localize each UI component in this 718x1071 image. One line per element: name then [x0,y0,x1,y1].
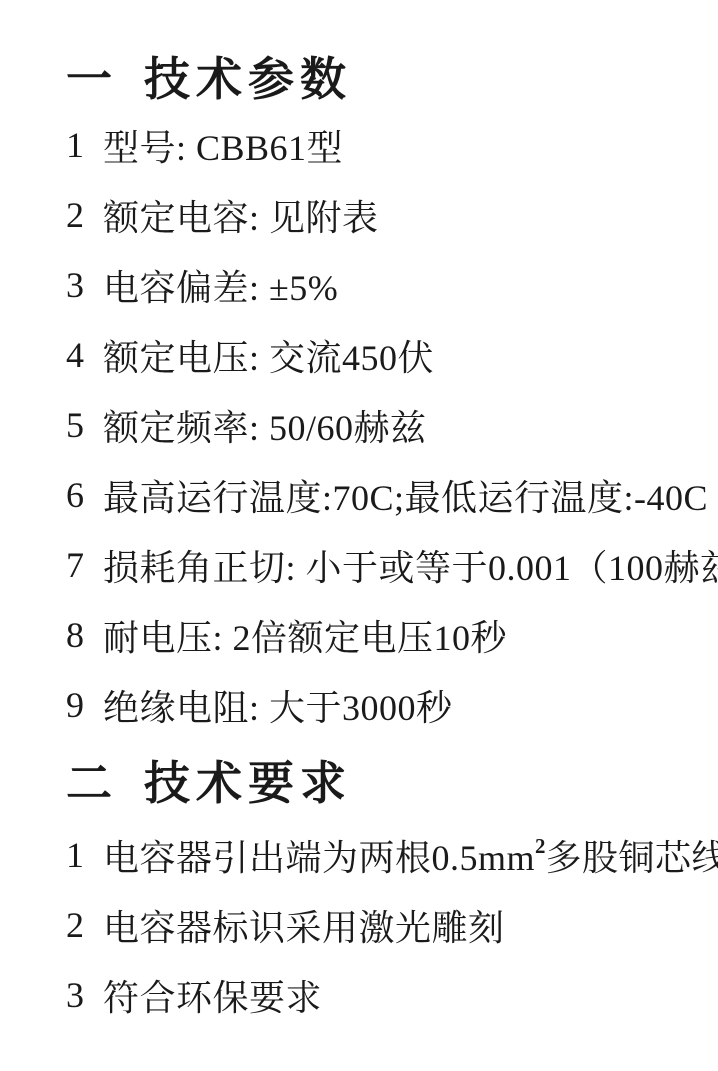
section-technical-parameters: 一 技术参数 1 型号: CBB61型 2 额定电容: 见附表 3 电容偏差: … [66,42,708,740]
section-2-title: 技术要求 [144,747,352,813]
item-number: 8 [66,614,86,656]
section-technical-requirements: 二 技术要求 1 电容器引出端为两根0.5mm2多股铜芯线 2 电容器标识采用激… [66,740,708,1030]
spec-item-capacitance-tolerance: 3 电容偏差: ±5% [66,250,708,320]
document-page: 一 技术参数 1 型号: CBB61型 2 额定电容: 见附表 3 电容偏差: … [0,0,718,1071]
item-text-before: 电容器引出端为两根0.5mm [103,838,535,878]
superscript-two: 2 [535,834,545,858]
item-text: 电容偏差: ±5% [103,260,338,311]
item-number: 5 [66,404,86,446]
req-item-environmental-compliance: 3 符合环保要求 [66,960,708,1030]
spec-item-rated-capacitance: 2 额定电容: 见附表 [66,180,708,250]
spec-item-withstand-voltage: 8 耐电压: 2倍额定电压10秒 [66,600,708,670]
item-text: 额定电容: 见附表 [103,190,379,241]
item-text: 耐电压: 2倍额定电压10秒 [103,610,507,661]
section-2-numeral: 二 [66,747,112,813]
item-number: 2 [66,904,86,946]
item-text: 损耗角正切: 小于或等于0.001（100赫兹） [103,540,718,591]
spec-item-rated-frequency: 5 额定频率: 50/60赫兹 [66,390,708,460]
item-text: 额定频率: 50/60赫兹 [103,400,427,451]
item-number: 3 [66,264,86,306]
item-text: 绝缘电阻: 大于3000秒 [103,680,453,731]
item-number: 2 [66,194,86,236]
req-item-lead-wires: 1 电容器引出端为两根0.5mm2多股铜芯线 [66,820,708,890]
spec-item-model: 1 型号: CBB61型 [66,110,708,180]
section-1-title: 技术参数 [144,43,352,109]
item-text: 型号: CBB61型 [103,120,343,171]
item-number: 9 [66,684,86,726]
item-text: 电容器标识采用激光雕刻 [103,900,505,951]
section-1-numeral: 一 [66,43,112,109]
spec-item-dissipation-factor: 7 损耗角正切: 小于或等于0.001（100赫兹） [66,530,708,600]
item-number: 7 [66,544,86,586]
req-item-laser-marking: 2 电容器标识采用激光雕刻 [66,890,708,960]
item-number: 3 [66,974,86,1016]
item-number: 4 [66,334,86,376]
spec-item-insulation-resistance: 9 绝缘电阻: 大于3000秒 [66,670,708,740]
item-number: 6 [66,474,86,516]
item-text: 电容器引出端为两根0.5mm2多股铜芯线 [103,830,718,881]
item-text-after: 多股铜芯线 [545,838,718,878]
item-number: 1 [66,834,86,876]
section-2-heading: 二 技术要求 [66,740,708,820]
item-text: 符合环保要求 [103,970,322,1021]
item-number: 1 [66,124,86,166]
item-text: 最高运行温度:70C;最低运行温度:-40C [103,470,708,521]
spec-item-rated-voltage: 4 额定电压: 交流450伏 [66,320,708,390]
item-text: 额定电压: 交流450伏 [103,330,434,381]
spec-item-operating-temperature: 6 最高运行温度:70C;最低运行温度:-40C [66,460,708,530]
section-1-heading: 一 技术参数 [66,42,708,110]
